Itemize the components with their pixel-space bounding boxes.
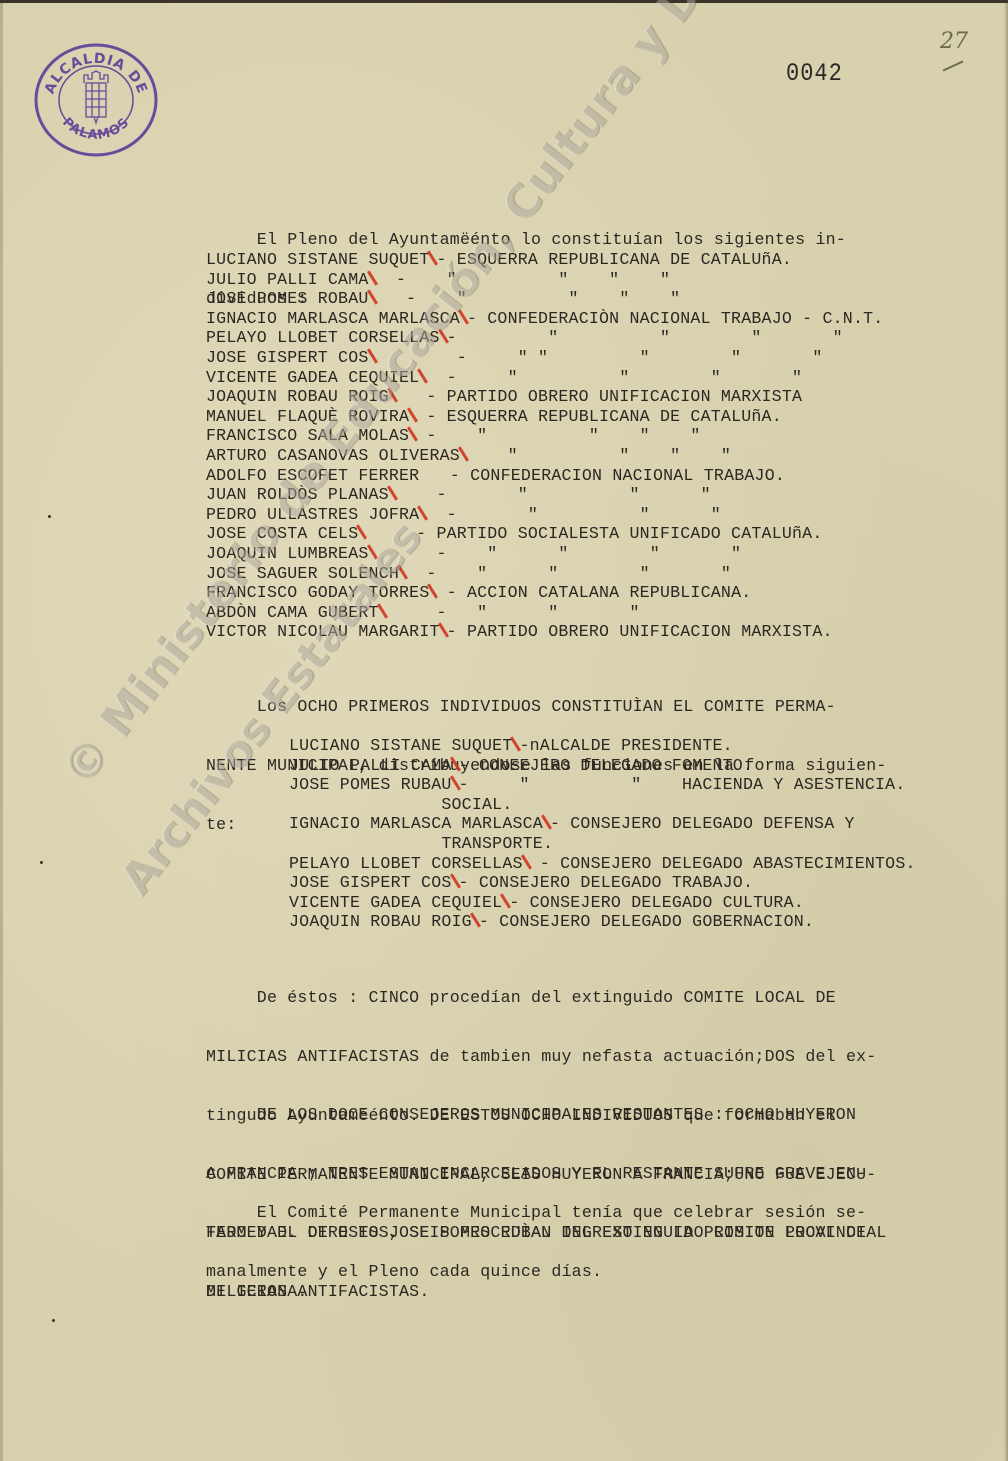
member-row: PEDRO ULLASTRES JOFRA - " " " xyxy=(206,505,883,525)
committee-list: LUCIANO SISTANE SUQUET-nALCALDE PRESIDEN… xyxy=(289,736,916,932)
member-party: - " " " " xyxy=(447,328,843,347)
member-name: JOAQUIN LUMBREAS xyxy=(206,544,369,563)
member-party: - PARTIDO OBRERO UNIFICACION MARXISTA xyxy=(396,387,802,406)
text-line: manalmente y el Pleno cada quince días. xyxy=(206,1262,866,1282)
committee-row: IGNACIO MARLASCA MARLASCA- CONSEJERO DEL… xyxy=(289,814,916,834)
handwritten-page-number: 27 xyxy=(940,29,968,54)
member-row: JOAQUIN LUMBREAS - " " " " xyxy=(206,544,883,564)
text-line: DE LOS DOCE CONSEJEROS MUNICIPALES RESTA… xyxy=(206,1105,866,1125)
member-name: IGNACIO MARLASCA MARLASCA xyxy=(206,309,460,328)
member-name: VICTOR NICOLAU MARGARIT xyxy=(206,622,440,641)
member-row: VICENTE GADEA CEQUIEL - " " " " xyxy=(206,368,883,388)
committee-row: JOSE GISPERT COS- CONSEJERO DELEGADO TRA… xyxy=(289,873,916,893)
handwritten-mark xyxy=(943,60,964,71)
committee-member-name: JOAQUIN ROBAU ROIG xyxy=(289,912,472,931)
committee-role: SOCIAL. xyxy=(289,795,512,814)
committee-row: SOCIAL. xyxy=(289,795,916,815)
committee-member-name: JOSE GISPERT COS xyxy=(289,873,452,892)
member-name: JULIO PALLI CAMA xyxy=(206,270,369,289)
margin-mark xyxy=(52,1319,55,1322)
text-line: El Comité Permanente Municipal tenía que… xyxy=(206,1203,866,1223)
member-name: MANUEL FLAQUÈ ROVIRA xyxy=(206,407,409,426)
member-party: - CONFEDERACION NACIONAL TRABAJO. xyxy=(419,466,785,485)
committee-role: - " " HACIENDA Y ASESTENCIA. xyxy=(459,775,906,794)
committee-row: JOAQUIN ROBAU ROIG- CONSEJERO DELEGADO G… xyxy=(289,912,916,932)
member-name: FRANCISCO GODAY TORRES xyxy=(206,583,429,602)
committee-row: VICENTE GADEA CEQUIEL- CONSEJERO DELEGAD… xyxy=(289,893,916,913)
member-party: - PARTIDO OBRERO UNIFICACION MARXISTA. xyxy=(447,622,833,641)
member-row: FRANCISCO SALA MOLAS - " " " " xyxy=(206,426,883,446)
member-name: JOSE GISPERT COS xyxy=(206,348,369,367)
member-row: JULIO PALLI CAMA - " " " " xyxy=(206,270,883,290)
committee-member-name: JULIO PALLI CAMA xyxy=(289,756,452,775)
committee-row: PELAYO LLOBET CORSELLAS - CONSEJERO DELE… xyxy=(289,854,916,874)
page-edge-right xyxy=(1004,3,1008,1461)
member-party: - " " " xyxy=(426,505,721,524)
member-name: JOSE COSTA CELS xyxy=(206,524,358,543)
member-name: FRANCISCO SALA MOLAS xyxy=(206,426,409,445)
member-row: JOSE COSTA CELS - PARTIDO SOCIALESTA UNI… xyxy=(206,524,883,544)
member-party: - " " " " xyxy=(416,426,700,445)
text-line: El Pleno del Ayuntamëénto lo constituían… xyxy=(206,230,846,250)
member-name: ADOLFO ESCOFET FERRER xyxy=(206,466,419,485)
member-row: IGNACIO MARLASCA MARLASCA- CONFEDERACIÒN… xyxy=(206,309,883,329)
member-name: JUAN ROLDÒS PLANAS xyxy=(206,485,389,504)
member-row: JUAN ROLDÒS PLANAS - " " " xyxy=(206,485,883,505)
committee-role: - CONSEJERO DELEGADO GOBERNACION. xyxy=(479,912,814,931)
member-party: - " " " " xyxy=(376,544,742,563)
member-name: ARTURO CASANOVAS OLIVERAS xyxy=(206,446,460,465)
member-party: - PARTIDO SOCIALESTA UNIFICADO CATALUñA. xyxy=(365,524,822,543)
committee-member-name: PELAYO LLOBET CORSELLAS xyxy=(289,854,523,873)
folio-number: 0042 xyxy=(786,59,843,88)
margin-mark xyxy=(40,861,43,864)
member-row: FRANCISCO GODAY TORRES - ACCION CATALANA… xyxy=(206,583,883,603)
member-party: - " " " " xyxy=(426,368,802,387)
page-edge-left xyxy=(0,3,3,1461)
member-name: VICENTE GADEA CEQUIEL xyxy=(206,368,419,387)
member-name: JOSE POMES ROBAU xyxy=(206,289,369,308)
committee-role: -nALCALDE PRESIDENTE. xyxy=(519,736,732,755)
committee-role: - CONSEJERO DELEGADO ABASTECIMIENTOS. xyxy=(530,854,916,873)
member-row: JOSE POMES ROBAU - " " " " xyxy=(206,289,883,309)
member-name: ABDÒN CAMA GUBERT xyxy=(206,603,379,622)
castle-tower-icon: ALCALDIA DE PALAMOS xyxy=(32,41,160,159)
member-name: JOSE SAGUER SOLENCH xyxy=(206,564,399,583)
committee-member-name: VICENTE GADEA CEQUIEL xyxy=(289,893,502,912)
committee-role: - CONEEJERO DELEGADO FOMENTO. xyxy=(459,756,754,775)
committee-row: LUCIANO SISTANE SUQUET-nALCALDE PRESIDEN… xyxy=(289,736,916,756)
member-row: JOSE SAGUER SOLENCH - " " " " xyxy=(206,564,883,584)
committee-role: - CONSEJERO DELEGADO TRABAJO. xyxy=(459,873,754,892)
member-party: - " " " " xyxy=(376,289,681,308)
member-party: " " " " xyxy=(467,446,731,465)
member-row: VICTOR NICOLAU MARGARIT- PARTIDO OBRERO … xyxy=(206,622,883,642)
member-row: PELAYO LLOBET CORSELLAS- " " " " xyxy=(206,328,883,348)
member-party: - " " " xyxy=(386,603,640,622)
committee-row: JULIO PALLI CAMA- CONEEJERO DELEGADO FOM… xyxy=(289,756,916,776)
committee-member-name: LUCIANO SISTANE SUQUET xyxy=(289,736,512,755)
member-name: LUCIANO SISTANE SUQUET xyxy=(206,250,429,269)
document-page: ALCALDIA DE PALAMOS 0042 27 El Pleno del… xyxy=(0,0,1008,1461)
committee-row: JOSE POMES RUBAU- " " HACIENDA Y ASESTEN… xyxy=(289,775,916,795)
member-party: - ESQUERRA REPUBLICANA DE CATALUñA. xyxy=(416,407,782,426)
member-name: PEDRO ULLASTRES JOFRA xyxy=(206,505,419,524)
committee-role: TRANSPORTE. xyxy=(289,834,553,853)
member-row: ADOLFO ESCOFET FERRER - CONFEDERACION NA… xyxy=(206,466,883,486)
sessions-paragraph: El Comité Permanente Municipal tenía que… xyxy=(206,1164,866,1321)
committee-role: - CONSEJERO DELEGADO CULTURA. xyxy=(509,893,804,912)
members-list: LUCIANO SISTANE SUQUET- ESQUERRA REPUBLI… xyxy=(206,250,883,642)
member-row: JOSE GISPERT COS - " " " " " xyxy=(206,348,883,368)
member-row: LUCIANO SISTANE SUQUET- ESQUERRA REPUBLI… xyxy=(206,250,883,270)
member-row: MANUEL FLAQUÈ ROVIRA - ESQUERRA REPUBLIC… xyxy=(206,407,883,427)
member-party: - " " " " xyxy=(376,270,671,289)
member-row: ABDÒN CAMA GUBERT - " " " xyxy=(206,603,883,623)
text-line: De éstos : CINCO procedían del extinguid… xyxy=(206,988,887,1008)
text-line: Los OCHO PRIMEROS INDIVIDUOS CONSTITUÌAN… xyxy=(206,697,887,717)
committee-member-name: IGNACIO MARLASCA MARLASCA xyxy=(289,814,543,833)
committee-role: - CONSEJERO DELEGADO DEFENSA Y xyxy=(550,814,855,833)
member-name: PELAYO LLOBET CORSELLAS xyxy=(206,328,440,347)
member-row: ARTURO CASANOVAS OLIVERAS " " " " xyxy=(206,446,883,466)
member-row: JOAQUIN ROBAU ROIG - PARTIDO OBRERO UNIF… xyxy=(206,387,883,407)
member-party: - ESQUERRA REPUBLICANA DE CATALUñA. xyxy=(436,250,792,269)
member-party: - " " " xyxy=(396,485,711,504)
member-party: - ACCION CATALANA REPUBLICANA. xyxy=(436,583,751,602)
member-name: JOAQUIN ROBAU ROIG xyxy=(206,387,389,406)
member-party: - " " " " " xyxy=(376,348,823,367)
member-party: - CONFEDERACIÒN NACIONAL TRABAJO - C.N.T… xyxy=(467,309,883,328)
committee-member-name: JOSE POMES RUBAU xyxy=(289,775,452,794)
member-party: - " " " " xyxy=(406,564,731,583)
svg-text:PALAMOS: PALAMOS xyxy=(59,115,133,143)
committee-row: TRANSPORTE. xyxy=(289,834,916,854)
margin-mark xyxy=(48,515,51,518)
alcaldia-stamp: ALCALDIA DE PALAMOS xyxy=(32,41,160,159)
text-line: MILICIAS ANTIFACISTAS de tambien muy nef… xyxy=(206,1047,887,1067)
